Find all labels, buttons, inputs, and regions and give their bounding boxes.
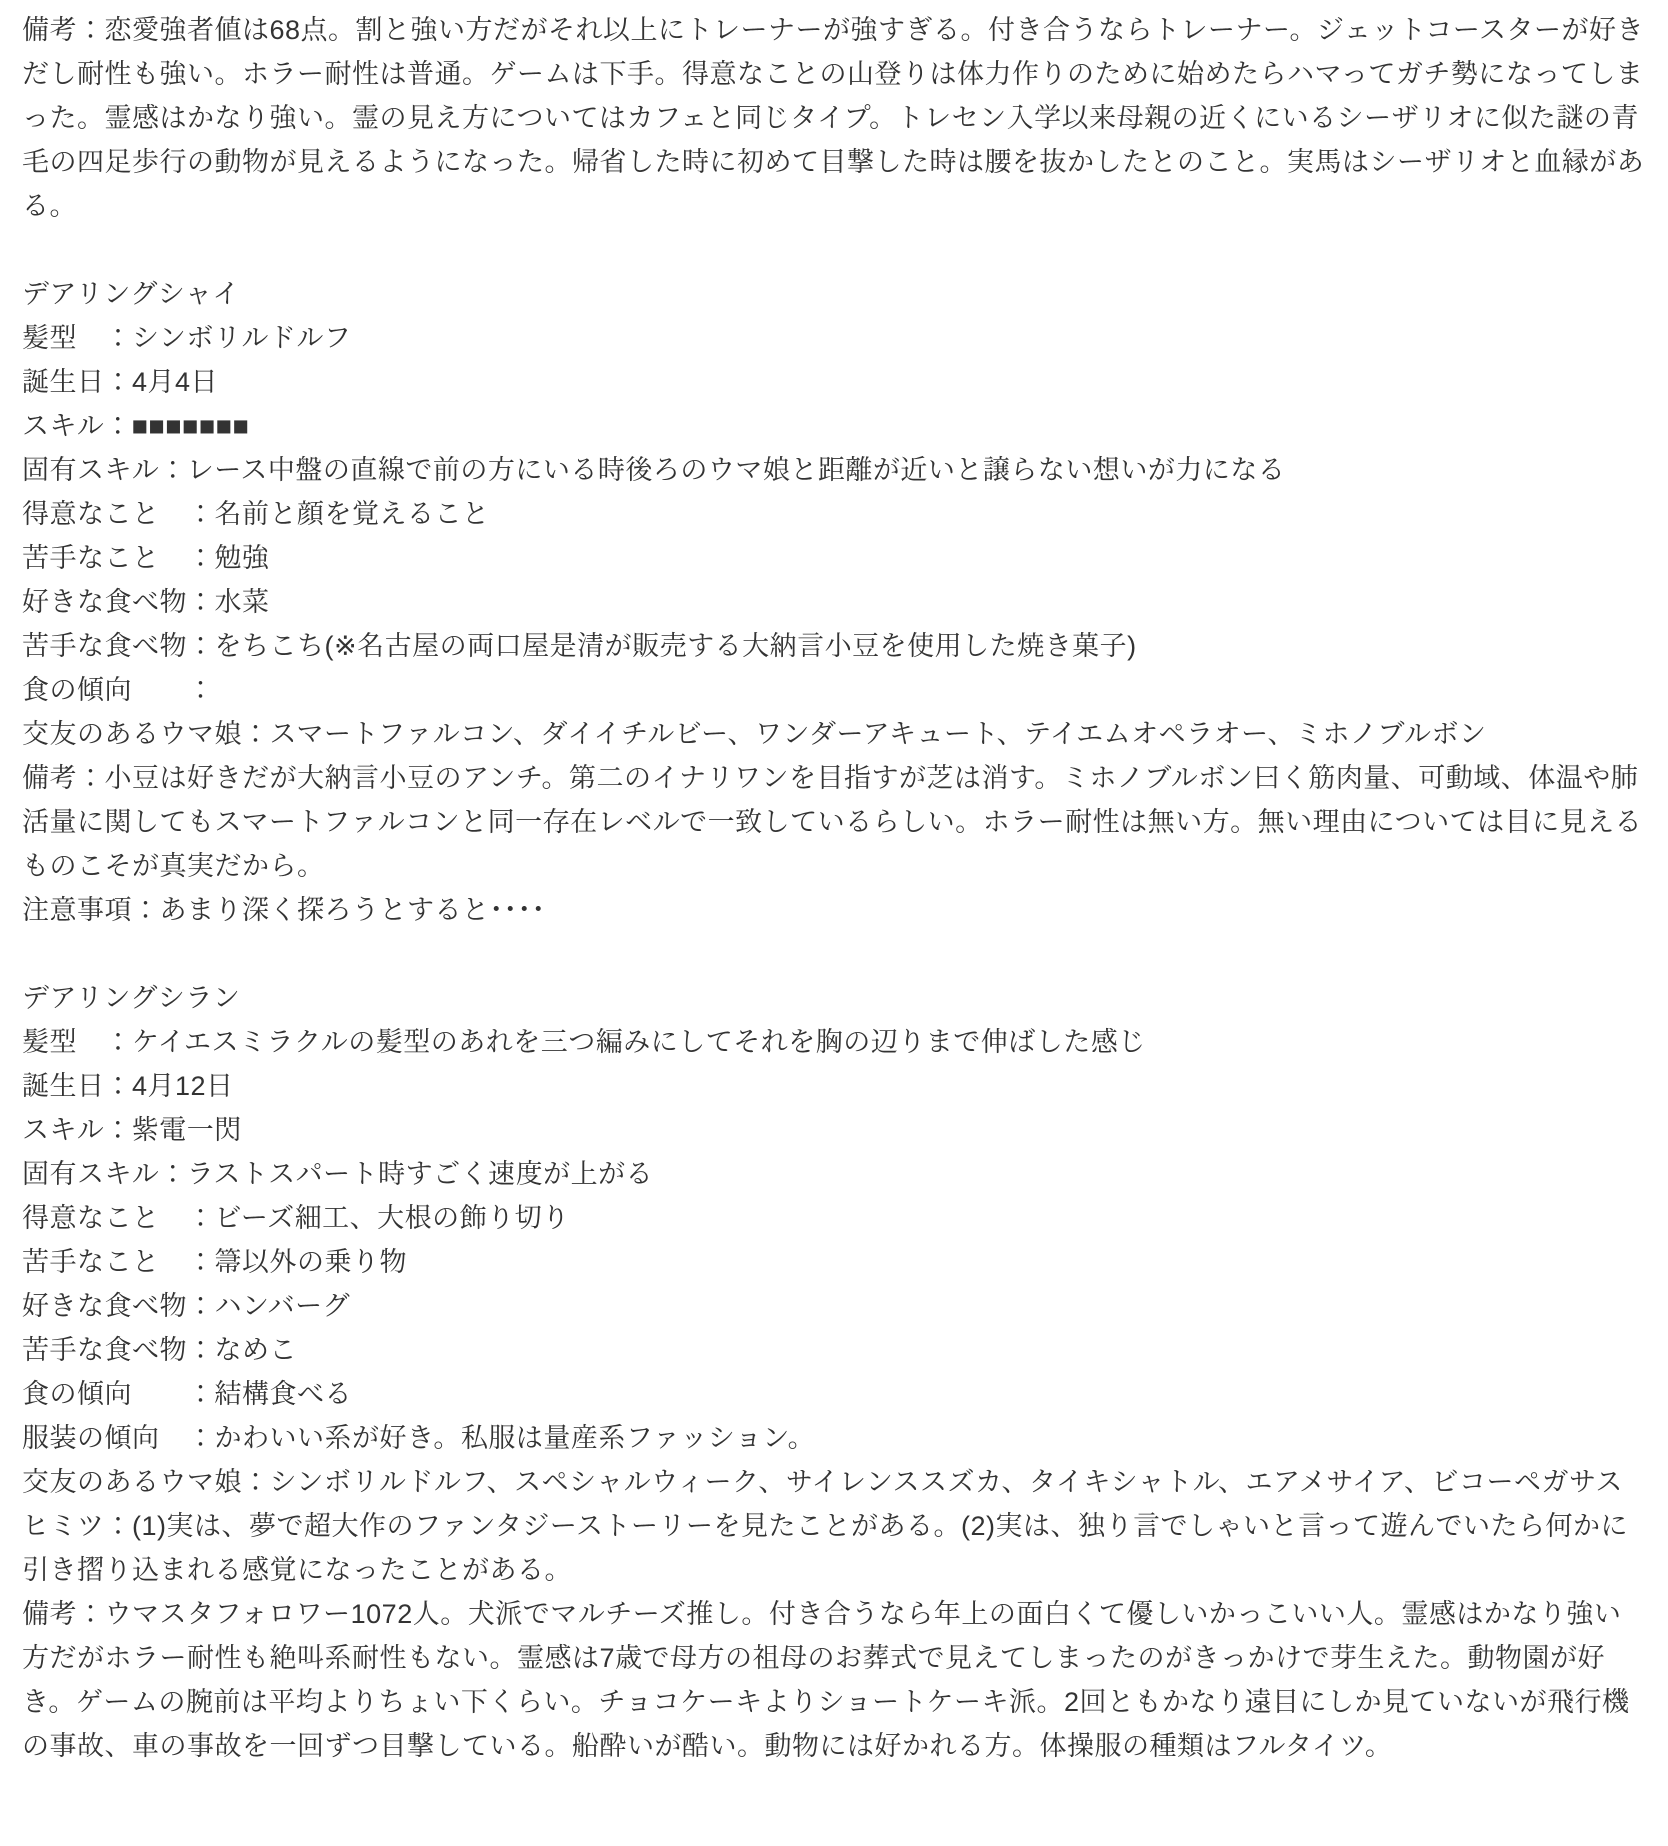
field-friend-umamusume: 交友のあるウマ娘：シンボリルドルフ、スペシャルウィーク、サイレンススズカ、タイキ… [22, 1460, 1646, 1504]
profile-name: デアリングシャイ [22, 272, 1646, 316]
section-profile-dearing-shiran: デアリングシラン 髪型 ：ケイエスミラクルの髪型のあれを三つ編みにしてそれを胸の… [22, 976, 1646, 1768]
field-fashion-tendency: 服装の傾向 ：かわいい系が好き。私服は量産系ファッション。 [22, 1416, 1646, 1460]
section-intro-remark: 備考：恋愛強者値は68点。割と強い方だがそれ以上にトレーナーが強すぎる。付き合う… [22, 8, 1646, 228]
field-disliked-food: 苦手な食べ物：なめこ [22, 1328, 1646, 1372]
field-unique-skill: 固有スキル：ラストスパート時すごく速度が上がる [22, 1152, 1646, 1196]
field-skill-redacted: スキル：■■■■■■■ [22, 404, 1646, 448]
field-hairstyle: 髪型 ：シンボリルドルフ [22, 316, 1646, 360]
section-profile-dearing-shy: デアリングシャイ 髪型 ：シンボリルドルフ 誕生日：4月4日 スキル：■■■■■… [22, 272, 1646, 932]
intro-remark-text: 備考：恋愛強者値は68点。割と強い方だがそれ以上にトレーナーが強すぎる。付き合う… [22, 8, 1646, 228]
field-secrets: ヒミツ：(1)実は、夢で超大作のファンタジーストーリーを見たことがある。(2)実… [22, 1504, 1646, 1592]
field-remarks: 備考：小豆は好きだが大納言小豆のアンチ。第二のイナリワンを目指すが芝は消す。ミホ… [22, 756, 1646, 888]
profile-name: デアリングシラン [22, 976, 1646, 1020]
field-favorite-food: 好きな食べ物：水菜 [22, 580, 1646, 624]
profile-document: 備考：恋愛強者値は68点。割と強い方だがそれ以上にトレーナーが強すぎる。付き合う… [0, 0, 1668, 1798]
field-bad-at: 苦手なこと ：勉強 [22, 536, 1646, 580]
field-bad-at: 苦手なこと ：箒以外の乗り物 [22, 1240, 1646, 1284]
field-unique-skill: 固有スキル：レース中盤の直線で前の方にいる時後ろのウマ娘と距離が近いと譲らない想… [22, 448, 1646, 492]
field-eating-tendency: 食の傾向 ：結構食べる [22, 1372, 1646, 1416]
field-good-at: 得意なこと ：名前と顔を覚えること [22, 492, 1646, 536]
field-birthday: 誕生日：4月12日 [22, 1064, 1646, 1108]
field-eating-tendency: 食の傾向 ： [22, 668, 1646, 712]
field-birthday: 誕生日：4月4日 [22, 360, 1646, 404]
field-disliked-food: 苦手な食べ物：をちこち(※名古屋の両口屋是清が販売する大納言小豆を使用した焼き菓… [22, 624, 1646, 668]
field-skill: スキル：紫電一閃 [22, 1108, 1646, 1152]
field-friend-umamusume: 交友のあるウマ娘：スマートファルコン、ダイイチルビー、ワンダーアキュート、テイエ… [22, 712, 1646, 756]
field-hairstyle: 髪型 ：ケイエスミラクルの髪型のあれを三つ編みにしてそれを胸の辺りまで伸ばした感… [22, 1020, 1646, 1064]
field-caution-note: 注意事項：あまり深く探ろうとすると････ [22, 888, 1646, 932]
field-good-at: 得意なこと ：ビーズ細工、大根の飾り切り [22, 1196, 1646, 1240]
field-favorite-food: 好きな食べ物：ハンバーグ [22, 1284, 1646, 1328]
field-remarks: 備考：ウマスタフォロワー1072人。犬派でマルチーズ推し。付き合うなら年上の面白… [22, 1592, 1646, 1768]
